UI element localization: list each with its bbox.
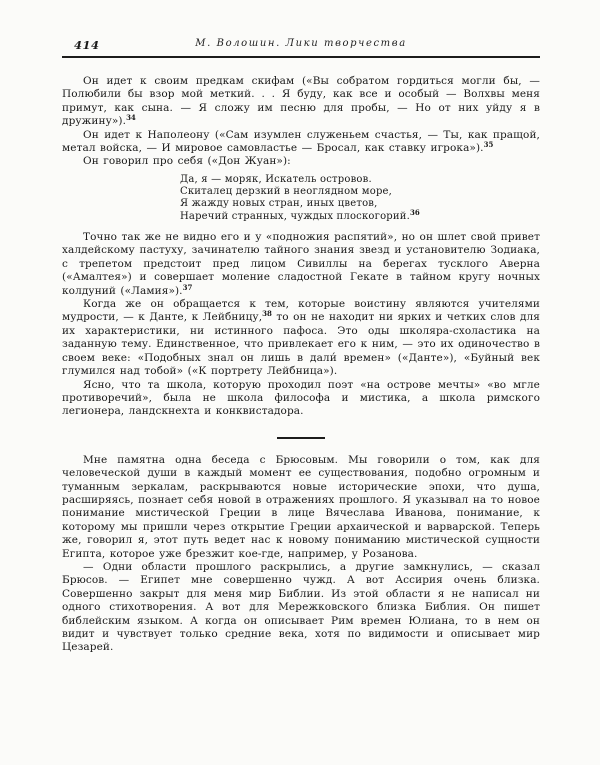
footnote-ref-37: 37 bbox=[183, 283, 193, 292]
page-body: Он идет к своим предкам скифам («Вы собр… bbox=[62, 75, 540, 655]
verse-line: Да, я — моряк, Искатель островов. bbox=[180, 174, 540, 186]
verse-line: Наречий странных, чуждых плоскогорий.36 bbox=[180, 211, 540, 223]
footnote-ref-35: 35 bbox=[484, 140, 494, 149]
book-page: 414 М. Волошин. Лики творчества Он идет … bbox=[0, 0, 600, 765]
paragraph-napoleon: Он идет к Наполеону («Сам изумлен служен… bbox=[62, 129, 540, 156]
page-header: 414 М. Волошин. Лики творчества bbox=[62, 38, 540, 53]
paragraph-text: Мне памятна одна беседа с Брюсовым. Мы г… bbox=[62, 454, 540, 560]
paragraph-bryusov-reply: — Одни области прошлого раскрылись, а др… bbox=[62, 561, 540, 655]
footnote-ref-36: 36 bbox=[410, 208, 420, 217]
paragraph-skifam: Он идет к своим предкам скифам («Вы собр… bbox=[62, 75, 540, 129]
header-rule bbox=[62, 56, 540, 58]
running-title: М. Волошин. Лики творчества bbox=[62, 38, 540, 49]
verse-block: Да, я — моряк, Искатель островов. Скитал… bbox=[180, 174, 540, 223]
footnote-ref-38: 38 bbox=[262, 309, 272, 318]
paragraph-don-juan-intro: Он говорил про себя («Дон Жуан»): bbox=[62, 155, 540, 168]
footnote-ref-34: 34 bbox=[126, 113, 136, 122]
page-number: 414 bbox=[74, 38, 100, 52]
section-divider bbox=[277, 437, 325, 439]
paragraph-text: Точно так же не видно его и у «подножия … bbox=[62, 231, 540, 297]
paragraph-beseda: Мне памятна одна беседа с Брюсовым. Мы г… bbox=[62, 454, 540, 561]
paragraph-text: Он говорил про себя («Дон Жуан»): bbox=[83, 155, 291, 167]
paragraph-text: Ясно, что та школа, которую проходил поэ… bbox=[62, 379, 540, 418]
paragraph-uchitelya: Когда же он обращается к тем, которые во… bbox=[62, 298, 540, 378]
verse-line-text: Наречий странных, чуждых плоскогорий. bbox=[180, 211, 410, 222]
verse-line: Скиталец дерзкий в неоглядном море, bbox=[180, 186, 540, 198]
paragraph-text: Он идет к Наполеону («Сам изумлен служен… bbox=[62, 129, 540, 154]
verse-line: Я жажду новых стран, иных цветов, bbox=[180, 198, 540, 210]
paragraph-yasno: Ясно, что та школа, которую проходил поэ… bbox=[62, 379, 540, 419]
paragraph-podnozhia: Точно так же не видно его и у «подножия … bbox=[62, 231, 540, 298]
paragraph-text: — Одни области прошлого раскрылись, а др… bbox=[62, 561, 540, 653]
